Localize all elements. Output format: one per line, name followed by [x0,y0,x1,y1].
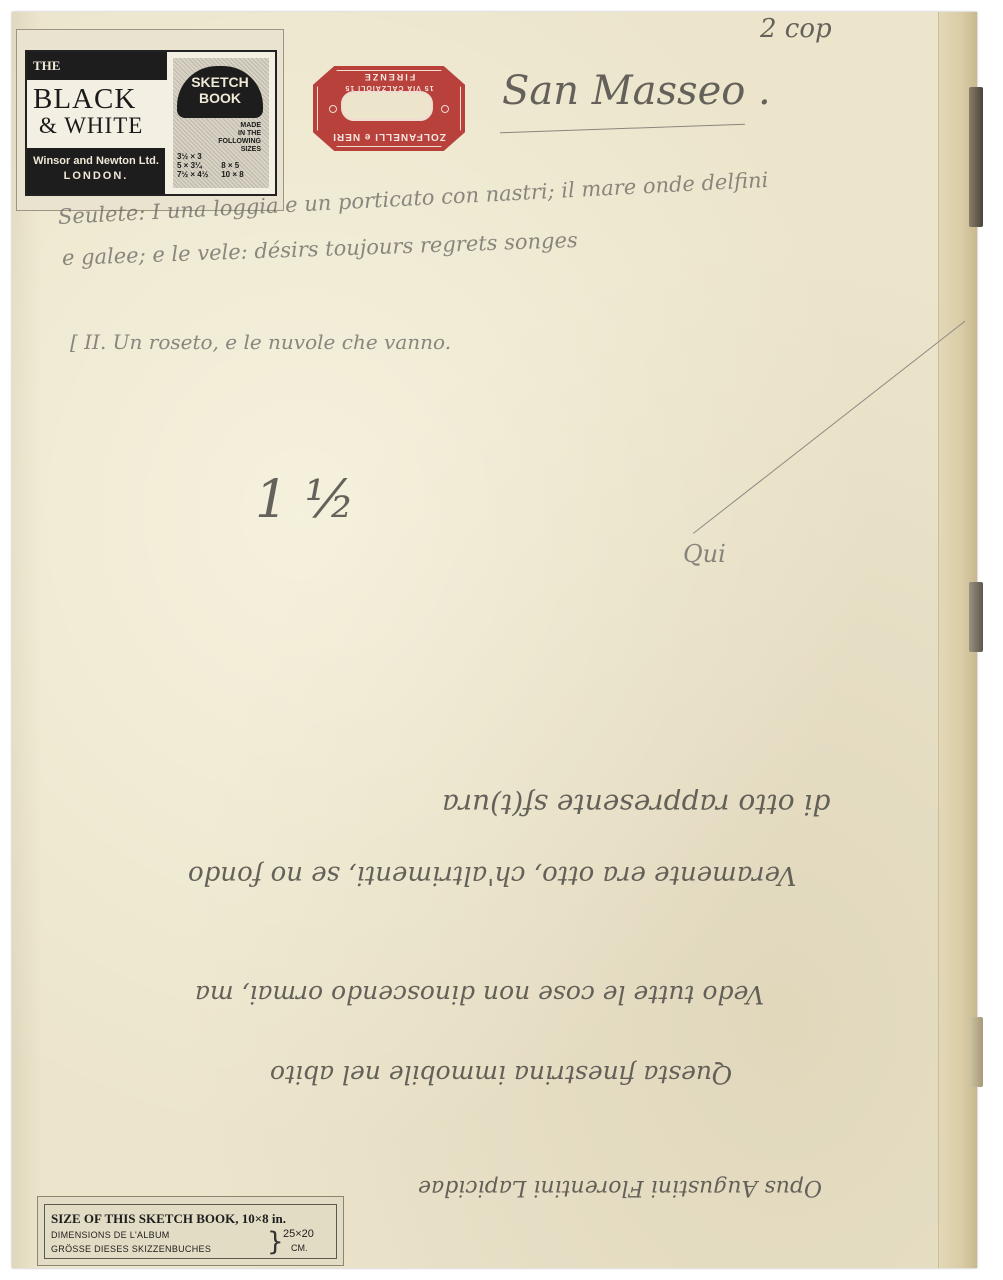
size-title: SIZE OF THIS SKETCH BOOK, 10×8 in. [51,1211,286,1227]
griffin-banner: THE [27,52,167,80]
size-item: 3½ × 3 [177,152,219,161]
sketch-book-badge: SKETCH BOOK [177,66,263,118]
inverted-line-3: Vedo tutte le cose non dinoscendo ormai,… [195,980,764,1009]
size-item: 7½ × 4½ [177,170,219,179]
label-title-black: BLACK [33,86,136,112]
maker-city: LONDON. [27,170,165,182]
stationer-label: ZOLFANELLI e NERI 15 VIA CALZAIOLI 15 FI… [313,66,465,151]
size-column-1: 3½ × 3 5 × 3¼ 7½ × 4½ [177,152,219,179]
made-text: IN THE [183,130,261,138]
sketch-book-panel: SKETCH BOOK MADE IN THE FOLLOWING SIZES … [173,58,269,188]
stationer-name: ZOLFANELLI e NERI [313,131,465,142]
size-label: SIZE OF THIS SKETCH BOOK, 10×8 in. DIMEN… [37,1196,344,1266]
label-blank-window [341,91,433,121]
label-title-white: & WHITE [39,113,143,139]
size-french: DIMENSIONS DE L'ALBUM [51,1230,170,1240]
size-item: 8 × 5 [221,161,263,170]
size-label-frame: SIZE OF THIS SKETCH BOOK, 10×8 in. DIMEN… [44,1204,337,1259]
size-list: 3½ × 3 5 × 3¼ 7½ × 4½ 8 × 5 10 × 8 [177,152,265,179]
note-margin-word: Qui [683,540,726,568]
binding-tab [969,582,983,652]
note-corner: 2 cop [760,14,832,44]
label-dot [441,105,449,113]
maker-label: THE BLACK & WHITE Winsor and Newton Ltd.… [16,29,284,211]
made-in-sizes: MADE IN THE FOLLOWING SIZES [183,122,261,154]
binding-tab [969,87,983,227]
brace-icon: } [267,1227,284,1257]
label-dot [329,105,337,113]
binding-spine [938,12,977,1268]
note-title: San Masseo . [502,68,771,114]
size-metric-value: 25×20 [283,1228,314,1240]
size-item: 5 × 3¼ [177,161,219,170]
size-column-2: 8 × 5 10 × 8 [221,152,263,179]
maker-name: Winsor and Newton Ltd. [27,155,165,167]
stationer-address: 15 VIA CALZAIOLI 15 [313,84,465,91]
badge-line-2: BOOK [177,90,263,106]
binding-tab [969,1017,983,1087]
badge-line-1: SKETCH [177,74,263,90]
label-the: THE [33,58,60,74]
inverted-line-1: di otto rappresente sf(t)ura [442,788,830,821]
note-line-3: [ II. Un roseto, e le nuvole che vanno. [70,330,451,354]
note-fraction: 1 ½ [255,470,355,530]
size-item: 10 × 8 [221,170,263,179]
made-text: FOLLOWING [183,138,261,146]
maker-banner: Winsor and Newton Ltd. LONDON. [27,148,165,194]
size-german: GRÖSSE DIESES SKIZZENBUCHES [51,1244,211,1254]
size-metric-unit: CM. [291,1243,308,1253]
inverted-signature: Opus Augustini Florentini Lapicidae [418,1175,822,1200]
maker-label-frame: THE BLACK & WHITE Winsor and Newton Ltd.… [25,50,277,196]
inverted-line-2: Veramente era otto, ch'altrimenti, se no… [188,860,796,890]
made-text: MADE [183,122,261,130]
stationer-city: FIRENZE [313,72,465,82]
inverted-line-4: Questa finestrina immobile nel abito [270,1060,733,1089]
